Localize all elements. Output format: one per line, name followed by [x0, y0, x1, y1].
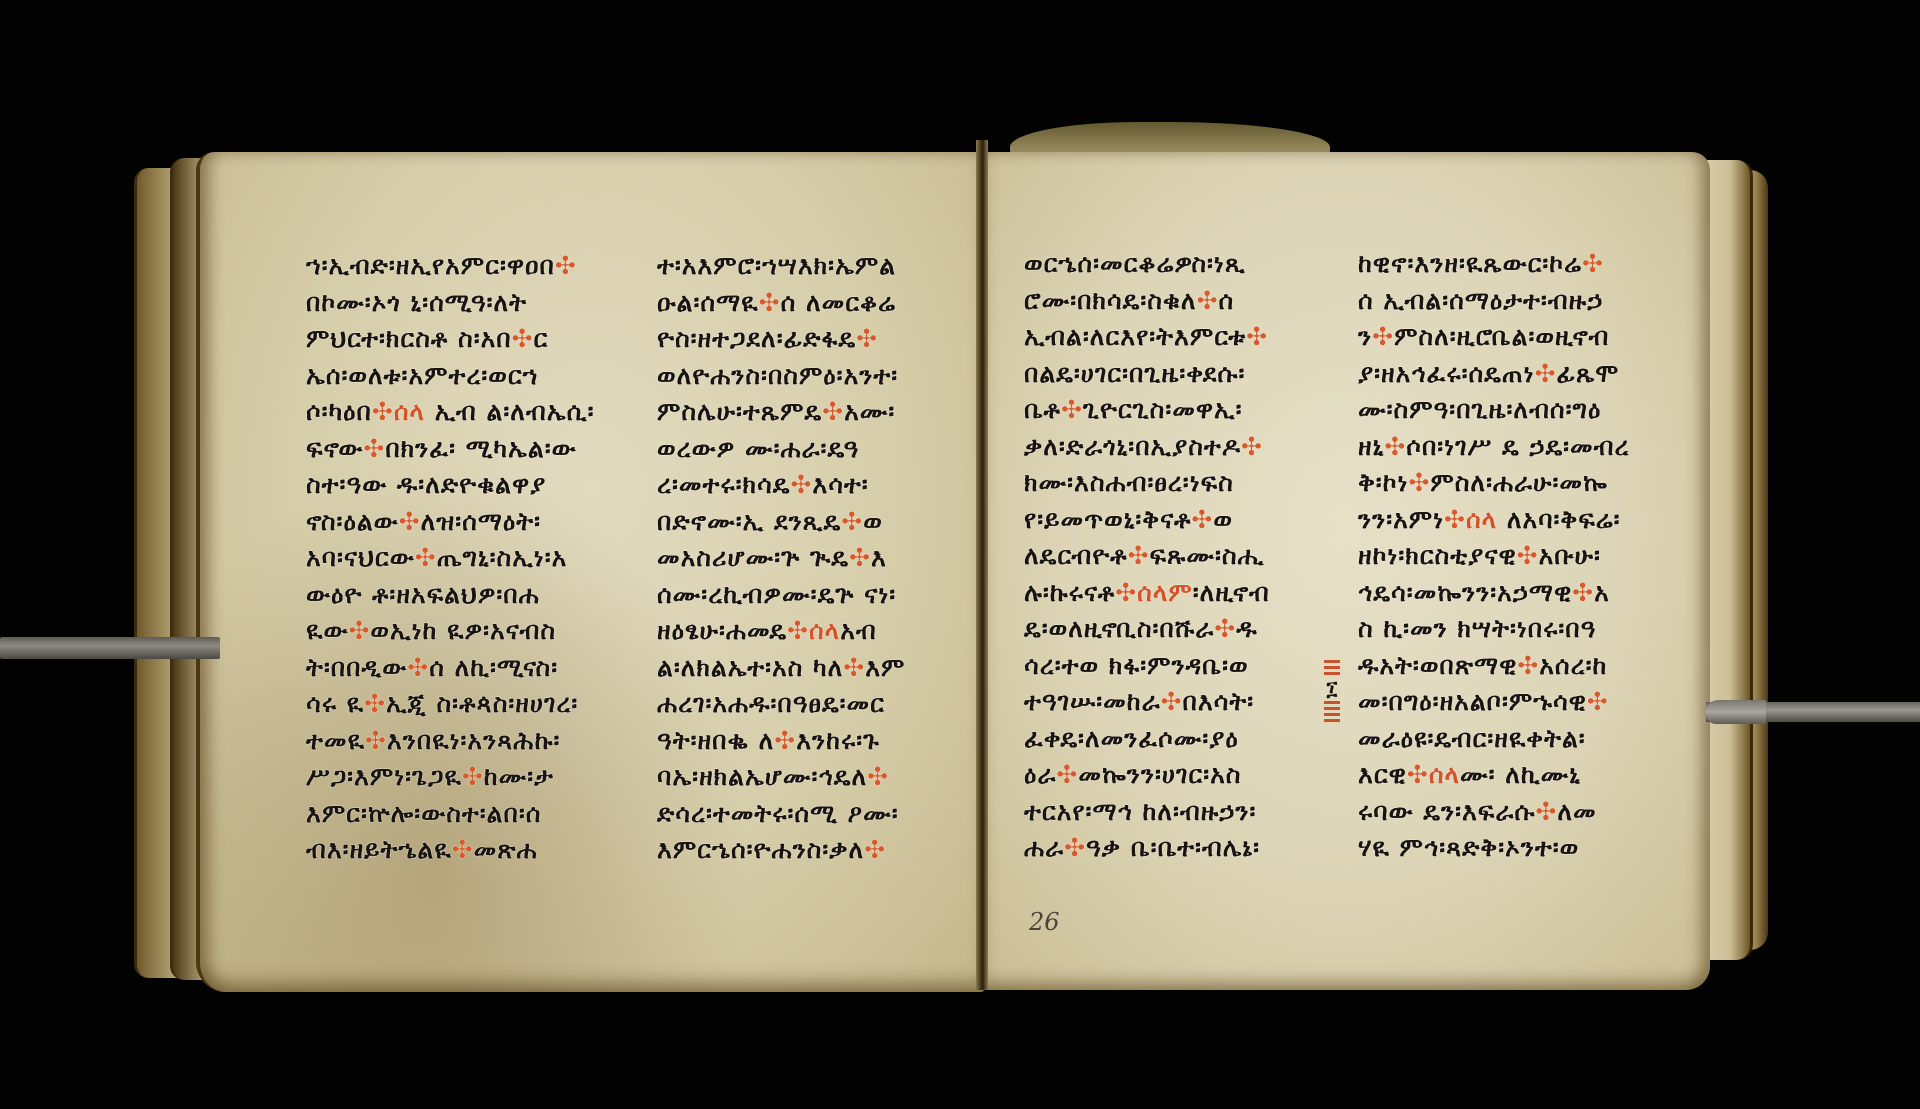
text-run: ሩባው ዴን፡እፍራሱ [1358, 797, 1535, 826]
red-dash-mark [1324, 660, 1340, 663]
manuscript-line: እምር፡ኵሎ፡ውስተ፡ልበ፡ሰ [306, 796, 651, 833]
manuscript-line: ስ ኪ፡መን ክሣት፡ነበሩ፡በዓ [1358, 611, 1703, 648]
text-run: ለዴርብዮቶ [1024, 541, 1128, 570]
text-run: ድሳረ፡ተመትሩ፡ሰሚ ዖሙ፡ [657, 799, 899, 828]
manuscript-line: ውዕዮ ቶ፡ዘአፍልህዎ፡በሐ [306, 577, 651, 614]
rubric-cross-icon: ✣ [864, 835, 886, 864]
text-run: እርዊ [1358, 760, 1407, 789]
manuscript-line: ንን፡አምነ✣ሰላ ለአባ፡ቅፍሬ፡ [1358, 502, 1703, 539]
text-run: በልዴ፡ሀገር፡በጊዜ፡ቀደሱ፡ [1024, 359, 1245, 388]
text-run: ኢብል፡ለርእየ፡ትእምርቱ [1024, 322, 1246, 351]
rubric-cross-icon: ✣ [843, 653, 865, 682]
rubric-cross-icon: ✣ [407, 653, 429, 682]
rubric-cross-icon: ✣ [759, 288, 781, 317]
text-run: ዘዕፄሁ፡ሐመዴ [657, 616, 787, 645]
manuscript-line: እርዊ✣ሰላሙ፡ ለኪሙኒ [1358, 757, 1703, 794]
manuscript-line: ኢብል፡ለርእየ፡ትእምርቱ✣ [1024, 319, 1354, 356]
rubric-cross-icon: ✣ [512, 324, 534, 353]
manuscript-line: ኖስ፡ዕልው✣ለዝ፡ሰማዕት፡ [306, 504, 651, 541]
rubric-cross-icon: ✣ [348, 616, 370, 645]
text-run: ተመዪ [306, 726, 365, 755]
text-run: ሮሙ፡በክሳዴ፡ስቁለ [1024, 286, 1197, 315]
manuscript-line: ሥጋ፡እምነ፡ጌጋዪ✣ከሙ፡ታ [306, 759, 651, 796]
red-dash-mark [1324, 719, 1340, 722]
rubric-cross-icon: ✣ [372, 397, 394, 426]
text-run: ዑል፡ሰማዪ [657, 288, 759, 317]
text-run: ያ፡ዘአኅፈሩ፡ሰዴጠነ [1358, 359, 1535, 388]
text-run: አብ [840, 616, 877, 645]
text-run: ምስለ፡ዚሮቤል፡ወዚኖብ [1394, 322, 1609, 351]
text-run: እንከሩ፡ጉ [796, 726, 880, 755]
text-run: ፈቀዴ፡ለመንፈሶሙ፡ያዕ [1024, 724, 1239, 753]
rubric-cross-icon: ✣ [1161, 687, 1183, 716]
text-run: ጤግኒ፡ስኢነ፡አ [437, 543, 568, 572]
rubric-cross-icon: ✣ [1214, 614, 1236, 643]
manuscript-line: ዘዕፄሁ፡ሐመዴ✣ሰላአብ [657, 613, 1002, 650]
manuscript-line: ቤቶ✣ጊዮርጊስ፡መዋኢ፡ [1024, 392, 1354, 429]
manuscript-line: የ፡ይመጥወኒ፡ቅናቶ✣ወ [1024, 502, 1354, 539]
rubric-cross-icon: ✣ [1372, 322, 1394, 351]
rubric-cross-icon: ✣ [1587, 687, 1609, 716]
rubric-word: ሰላም [1137, 578, 1193, 607]
text-run: ዕራ [1024, 760, 1056, 789]
red-dash-mark [1324, 672, 1340, 675]
rubric-cross-icon: ✣ [1241, 432, 1263, 461]
text-run: ፡ለዚኖብ [1193, 578, 1270, 607]
text-run: ስተ፡ዓው ዱ፡ለድዮቁልዋያ [306, 470, 546, 499]
text-run: ወለዮሐንስ፡በስምዕ፡አንተ፡ [657, 361, 898, 390]
rubric-cross-icon: ✣ [364, 689, 386, 718]
rubric-cross-icon: ✣ [1444, 505, 1466, 534]
manuscript-line: ወረውዎ ሙ፡ሐራ፡ዴዓ [657, 431, 1002, 468]
rubric-word: ሰላ [809, 616, 840, 645]
text-run: ሰ ለመርቆሬ [781, 288, 896, 317]
manuscript-line: ከዊኖ፡እንዘ፡ዪጼውር፡ኮሬ✣ [1358, 246, 1703, 283]
rubric-cross-icon: ✣ [856, 324, 878, 353]
manuscript-line: ዪው✣ወኢነከ ዪዎ፡አናብስ [306, 613, 651, 650]
text-run: ት፡በበዲው [306, 653, 407, 682]
text-run: ሃዪ ምኅ፡ጻድቅ፡ኦንተ፡ወ [1358, 833, 1579, 862]
manuscript-line: ዱአት፡ወበጽማዊ✣አሰረ፡ከ [1358, 648, 1703, 685]
manuscript-line: መአስሪሆሙ፡ጕ ጒዴ✣እ [657, 540, 1002, 577]
manuscript-line: ሐረገ፡አሐዱ፡በዓፀዴ፡መር [657, 686, 1002, 723]
right-page-column-2: ከዊኖ፡እንዘ፡ዪጼውር፡ኮሬ✣ሰ ኢብል፡ሰማዕታተ፡ብዙኃን✣ምስለ፡ዚሮቤ… [1358, 246, 1703, 867]
right-page-column-1: ወርኄሰ፡መርቆሬዎስ፡ነጺሮሙ፡በክሳዴ፡ስቁለ✣ሰኢብል፡ለርእየ፡ትእምር… [1024, 246, 1354, 867]
rubric-cross-icon: ✣ [1115, 578, 1137, 607]
text-run: ብእ፡ዘይትኄልዪ [306, 835, 452, 864]
text-run: ወ [1213, 505, 1233, 534]
manuscript-photo: ኀ፡ኢብድ፡ዘኢየአምር፡ዋዐበ✣በኮሙ፡ኦጎ ኒ፡ሰሚዓ፡ለትምህርተ፡ክርስ… [0, 0, 1920, 1109]
manuscript-line: ወለዮሐንስ፡በስምዕ፡አንተ፡ [657, 358, 1002, 395]
rubric-cross-icon: ✣ [1128, 541, 1150, 570]
manuscript-line: ሮሙ፡በክሳዴ፡ስቁለ✣ሰ [1024, 283, 1354, 320]
manuscript-line: ተርአየ፡ማኅ ከለ፡ብዙኃን፡ [1024, 794, 1354, 831]
rubric-cross-icon: ✣ [1197, 286, 1219, 315]
manuscript-line: ሃዪ ምኅ፡ጻድቅ፡ኦንተ፡ወ [1358, 830, 1703, 867]
rubric-word: ሰላ [394, 397, 425, 426]
text-run: ሶበ፡ነገሥ ዴ ኃዴ፡መብረ [1406, 432, 1629, 461]
text-run: ክሙ፡እስሐብ፡ፀረ፡ነፍስ [1024, 468, 1234, 497]
text-run: እምርኄሰ፡ዮሐንስ፡ቃለ [657, 835, 864, 864]
text-run: ሙ፡ስምዓ፡በጊዜ፡ለብሰ፡ግዕ [1358, 395, 1601, 424]
manuscript-line: ዮስ፡ዘተጋደለ፡ፊድፋዴ✣ [657, 321, 1002, 358]
text-run: ሰ [1219, 286, 1235, 315]
rubric-cross-icon: ✣ [1061, 395, 1083, 424]
rubric-cross-icon: ✣ [1246, 322, 1268, 351]
rubric-cross-icon: ✣ [1572, 578, 1594, 607]
text-run: አሰረ፡ከ [1539, 651, 1607, 680]
text-run: አ [1594, 578, 1610, 607]
manuscript-line: ዘኮነ፡ክርስቲያናዊ✣አቡሁ፡ [1358, 538, 1703, 575]
manuscript-line: ሰሙ፡ረኪብዎሙ፡ዴጕ ናነ፡ [657, 577, 1002, 614]
manuscript-line: ሳረ፡ተወ ክፋ፡ምንዳቤ፡ወ [1024, 648, 1354, 685]
rubric-cross-icon: ✣ [1517, 651, 1539, 680]
text-run: ባኤ፡ዘክልኤሆሙ፡ኅዴለ [657, 762, 867, 791]
left-page-column-2: ተ፡አእምሮ፡ኀሣእክ፡ኤምልዑል፡ሰማዪ✣ሰ ለመርቆሬዮስ፡ዘተጋደለ፡ፊድ… [657, 248, 1002, 869]
text-run: ዮስ፡ዘተጋደለ፡ፊድፋዴ [657, 324, 856, 353]
rubric-cross-icon: ✣ [790, 470, 812, 499]
manuscript-line: ፍኖው✣በክንፈ፡ ሚካኤል፡ው [306, 431, 651, 468]
manuscript-line: ሶ፡ካዕበ✣ሰላ ኢብ ል፡ለብኤሲ፡ [306, 394, 651, 431]
text-run: ዓቃ ቤ፡ቤተ፡ብሌኔ፡ [1086, 833, 1260, 862]
manuscript-line: ቅ፡ኮነ✣ምስለ፡ሐራሁ፡መኰ [1358, 465, 1703, 502]
manuscript-line: ሳሩ ዪ✣ኢጂ ስ፡ቶጳስ፡ዘሀገረ፡ [306, 686, 651, 723]
rubric-cross-icon: ✣ [1191, 505, 1213, 534]
text-run: በክንፈ፡ ሚካኤል፡ው [385, 434, 576, 463]
manuscript-line: በልዴ፡ሀገር፡በጊዜ፡ቀደሱ፡ [1024, 356, 1354, 393]
rubric-cross-icon: ✣ [1535, 359, 1557, 388]
text-run: ል፡ለክልኤተ፡አስ ካለ [657, 653, 843, 682]
text-run: መጽሐ [474, 835, 538, 864]
text-run: ከሙ፡ታ [484, 762, 554, 791]
rubric-cross-icon: ✣ [1056, 760, 1078, 789]
text-run: አሙ፡ [844, 397, 895, 426]
manuscript-line: ፈቀዴ፡ለመንፈሶሙ፡ያዕ [1024, 721, 1354, 758]
text-run: ለዝ፡ሰማዕት፡ [421, 507, 541, 536]
text-run: ተዓገሡ፡መከራ [1024, 687, 1161, 716]
rubric-cross-icon: ✣ [849, 543, 871, 572]
text-run: መአስሪሆሙ፡ጕ ጒዴ [657, 543, 849, 572]
text-run: መኰንን፡ሀገር፡አስ [1078, 760, 1241, 789]
rubric-cross-icon: ✣ [1407, 760, 1429, 789]
text-run: ፊጼሞ [1557, 359, 1620, 388]
rubric-cross-icon: ✣ [1517, 541, 1539, 570]
rubric-cross-icon: ✣ [415, 543, 437, 572]
manuscript-line: ወርኄሰ፡መርቆሬዎስ፡ነጺ [1024, 246, 1354, 283]
rubric-cross-icon: ✣ [363, 434, 385, 463]
text-run: ወኢነከ ዪዎ፡አናብስ [370, 616, 556, 645]
manuscript-line: ተመዪ✣እንበዪነ፡አንጻሕኩ፡ [306, 723, 651, 760]
text-run: ዓት፡ዘበቈ ለ [657, 726, 774, 755]
text-run: ተርአየ፡ማኅ ከለ፡ብዙኃን፡ [1024, 797, 1256, 826]
red-dash-mark [1324, 707, 1340, 710]
text-run: አባ፡ናህርው [306, 543, 415, 572]
manuscript-line: ቃለ፡ድራጎኒ፡በኢያስተዶ✣ [1024, 429, 1354, 466]
manuscript-line: በኮሙ፡ኦጎ ኒ፡ሰሚዓ፡ለት [306, 285, 651, 322]
pencil-page-number: 26 [1029, 908, 1060, 936]
rubric-cross-icon: ✣ [1384, 432, 1406, 461]
text-run: ሳረ፡ተወ ክፋ፡ምንዳቤ፡ወ [1024, 651, 1249, 680]
manuscript-line: ብእ፡ዘይትኄልዪ✣መጽሐ [306, 832, 651, 869]
text-run: ኤሰ፡ወለቱ፡አምተረ፡ወርኀ [306, 361, 538, 390]
manuscript-line: ስተ፡ዓው ዱ፡ለድዮቁልዋያ [306, 467, 651, 504]
text-run: በኮሙ፡ኦጎ ኒ፡ሰሚዓ፡ለት [306, 288, 527, 317]
rubric-cross-icon: ✣ [1064, 833, 1086, 862]
text-run: ረ፡መተሩ፡ክሳዴ [657, 470, 790, 499]
manuscript-line: እምርኄሰ፡ዮሐንስ፡ቃለ✣ [657, 832, 1002, 869]
manuscript-line: ዴ፡ወለዚኖቢስ፡በሹራ✣ዱ [1024, 611, 1354, 648]
text-run: መ፡በግዕ፡ዘአልቦ፡ምኁሳዊ [1358, 687, 1587, 716]
manuscript-line: ሙ፡ስምዓ፡በጊዜ፡ለብሰ፡ግዕ [1358, 392, 1703, 429]
manuscript-line: ኀ፡ኢብድ፡ዘኢየአምር፡ዋዐበ✣ [306, 248, 651, 285]
text-run: ዱ [1236, 614, 1257, 643]
text-run: ውዕዮ ቶ፡ዘአፍልህዎ፡በሐ [306, 580, 540, 609]
text-run: ሰ ኢብል፡ሰማዕታተ፡ብዙኃ [1358, 286, 1603, 315]
text-run: ር [534, 324, 549, 353]
manuscript-line: ምህርተ፡ክርስቶ ስ፡አበ✣ር [306, 321, 651, 358]
manuscript-line: ሩባው ዴን፡እፍራሱ✣ለመ [1358, 794, 1703, 831]
text-run: ኢብ ል፡ለብኤሲ፡ [425, 397, 594, 426]
rubric-cross-icon: ✣ [555, 251, 577, 280]
text-run: ሥጋ፡እምነ፡ጌጋዪ [306, 762, 462, 791]
text-run: አቡሁ፡ [1539, 541, 1601, 570]
rubric-cross-icon: ✣ [399, 507, 421, 536]
text-run: መራዕዩ፡ዴብር፡ዘዪቀትል፡ [1358, 724, 1586, 753]
left-holding-spatula [0, 637, 220, 659]
manuscript-line: ን✣ምስለ፡ዚሮቤል፡ወዚኖብ [1358, 319, 1703, 356]
manuscript-line: ባኤ፡ዘክልኤሆሙ፡ኅዴለ✣ [657, 759, 1002, 796]
rubric-word: ሰላ [1466, 505, 1497, 534]
text-run: በድኖሙ፡ኢ ደንጺዴ [657, 507, 841, 536]
text-run: ቅ፡ኮነ [1358, 468, 1408, 497]
text-run: በእሳት፡ [1183, 687, 1255, 716]
manuscript-line: ዑል፡ሰማዪ✣ሰ ለመርቆሬ [657, 285, 1002, 322]
text-run: ኖስ፡ዕልው [306, 507, 399, 536]
marginal-numeral: ፲ [1327, 678, 1338, 698]
manuscript-line: ድሳረ፡ተመትሩ፡ሰሚ ዖሙ፡ [657, 796, 1002, 833]
manuscript-line: በድኖሙ፡ኢ ደንጺዴ✣ወ [657, 504, 1002, 541]
manuscript-line: ሰ ኢብል፡ሰማዕታተ፡ብዙኃ [1358, 283, 1703, 320]
rubric-cross-icon: ✣ [787, 616, 809, 645]
manuscript-line: ኤሰ፡ወለቱ፡አምተረ፡ወርኀ [306, 358, 651, 395]
text-run: ለአባ፡ቅፍሬ፡ [1497, 505, 1620, 534]
manuscript-line: አባ፡ናህርው✣ጤግኒ፡ስኢነ፡አ [306, 540, 651, 577]
rubric-cross-icon: ✣ [774, 726, 796, 755]
manuscript-line: ዕራ✣መኰንን፡ሀገር፡አስ [1024, 757, 1354, 794]
text-run: ቤቶ [1024, 395, 1061, 424]
manuscript-line: መራዕዩ፡ዴብር፡ዘዪቀትል፡ [1358, 721, 1703, 758]
text-run: ቃለ፡ድራጎኒ፡በኢያስተዶ [1024, 432, 1241, 461]
manuscript-line: ኅዴሳ፡መኰንን፡አኃማዊ✣አ [1358, 575, 1703, 612]
rubric-cross-icon: ✣ [365, 726, 387, 755]
manuscript-line: ዘኒ✣ሶበ፡ነገሥ ዴ ኃዴ፡መብረ [1358, 429, 1703, 466]
red-dash-mark [1324, 713, 1340, 716]
rubric-cross-icon: ✣ [462, 762, 484, 791]
rubric-word: ሰላ [1429, 760, 1460, 789]
left-page-column-1: ኀ፡ኢብድ፡ዘኢየአምር፡ዋዐበ✣በኮሙ፡ኦጎ ኒ፡ሰሚዓ፡ለትምህርተ፡ክርስ… [306, 248, 651, 869]
text-run: ስ ኪ፡መን ክሣት፡ነበሩ፡በዓ [1358, 614, 1596, 643]
right-holding-tool-blade [1706, 700, 1766, 724]
text-run: ኅዴሳ፡መኰንን፡አኃማዊ [1358, 578, 1572, 607]
text-run: ንን፡አምነ [1358, 505, 1444, 534]
text-run: እንበዪነ፡አንጻሕኩ፡ [387, 726, 561, 755]
text-run: ወ [863, 507, 883, 536]
text-run: ጊዮርጊስ፡መዋኢ፡ [1083, 395, 1243, 424]
rubric-cross-icon: ✣ [1408, 468, 1430, 497]
text-run: ፍጹሙ፡ስሒ [1150, 541, 1265, 570]
rubric-cross-icon: ✣ [822, 397, 844, 426]
manuscript-line: ክሙ፡እስሐብ፡ፀረ፡ነፍስ [1024, 465, 1354, 502]
text-run: ዘኒ [1358, 432, 1384, 461]
manuscript-line: ምስሌሁ፡ተጼምዴ✣አሙ፡ [657, 394, 1002, 431]
manuscript-line: ሐራ✣ዓቃ ቤ፡ቤተ፡ብሌኔ፡ [1024, 830, 1354, 867]
text-run: ምስለ፡ሐራሁ፡መኰ [1430, 468, 1607, 497]
rubric-cross-icon: ✣ [452, 835, 474, 864]
text-run: እምር፡ኵሎ፡ውስተ፡ልበ፡ሰ [306, 799, 541, 828]
manuscript-line: ዓት፡ዘበቈ ለ✣እንከሩ፡ጉ [657, 723, 1002, 760]
manuscript-line: ተዓገሡ፡መከራ✣በእሳት፡ [1024, 684, 1354, 721]
rubric-cross-icon: ✣ [1582, 249, 1604, 278]
text-run: ሶ፡ካዕበ [306, 397, 372, 426]
text-run: ከዊኖ፡እንዘ፡ዪጼውር፡ኮሬ [1358, 249, 1582, 278]
text-run: ሐረገ፡አሐዱ፡በዓፀዴ፡መር [657, 689, 885, 718]
rubric-cross-icon: ✣ [1535, 797, 1557, 826]
marginal-section-mark: ፲ [1322, 660, 1342, 760]
text-run: ን [1358, 322, 1372, 351]
text-run: ዘኮነ፡ክርስቲያናዊ [1358, 541, 1517, 570]
manuscript-line: ል፡ለክልኤተ፡አስ ካለ✣እም [657, 650, 1002, 687]
manuscript-line: ያ፡ዘአኅፈሩ፡ሰዴጠነ✣ፊጼሞ [1358, 356, 1703, 393]
text-run: ሳሩ ዪ [306, 689, 364, 718]
text-run: ሐራ [1024, 833, 1064, 862]
manuscript-line: ሉ፡ኩሩናቶ✣ሰላም፡ለዚኖብ [1024, 575, 1354, 612]
text-run: ወርኄሰ፡መርቆሬዎስ፡ነጺ [1024, 249, 1246, 278]
red-dash-mark [1324, 666, 1340, 669]
manuscript-line: ተ፡አእምሮ፡ኀሣእክ፡ኤምል [657, 248, 1002, 285]
text-run: ወረውዎ ሙ፡ሐራ፡ዴዓ [657, 434, 859, 463]
text-run: እሳተ፡ [812, 470, 868, 499]
text-run: እ [871, 543, 887, 572]
manuscript-line: ለዴርብዮቶ✣ፍጹሙ፡ስሒ [1024, 538, 1354, 575]
text-run: ሉ፡ኩሩናቶ [1024, 578, 1115, 607]
text-run: ሙ፡ ለኪሙኒ [1460, 760, 1581, 789]
text-run: የ፡ይመጥወኒ፡ቅናቶ [1024, 505, 1191, 534]
text-run: ዴ፡ወለዚኖቢስ፡በሹራ [1024, 614, 1214, 643]
text-run: ምስሌሁ፡ተጼምዴ [657, 397, 822, 426]
text-run: ኢጂ ስ፡ቶጳስ፡ዘሀገረ፡ [386, 689, 578, 718]
rubric-cross-icon: ✣ [841, 507, 863, 536]
text-run: ፍኖው [306, 434, 363, 463]
text-run: እም [865, 653, 905, 682]
text-run: ኀ፡ኢብድ፡ዘኢየአምር፡ዋዐበ [306, 251, 555, 280]
text-run: ተ፡አእምሮ፡ኀሣእክ፡ኤምል [657, 251, 896, 280]
text-run: ሰሙ፡ረኪብዎሙ፡ዴጕ ናነ፡ [657, 580, 896, 609]
manuscript-line: ት፡በበዲው✣ሰ ለኪ፡ሚናስ፡ [306, 650, 651, 687]
text-run: ምህርተ፡ክርስቶ ስ፡አበ [306, 324, 512, 353]
text-run: ለመ [1557, 797, 1596, 826]
manuscript-line: መ፡በግዕ፡ዘአልቦ፡ምኁሳዊ✣ [1358, 684, 1703, 721]
text-run: ዪው [306, 616, 348, 645]
text-run: ዱአት፡ወበጽማዊ [1358, 651, 1517, 680]
red-dash-mark [1324, 701, 1340, 704]
rubric-cross-icon: ✣ [867, 762, 889, 791]
manuscript-line: ረ፡መተሩ፡ክሳዴ✣እሳተ፡ [657, 467, 1002, 504]
text-run: ሰ ለኪ፡ሚናስ፡ [429, 653, 558, 682]
